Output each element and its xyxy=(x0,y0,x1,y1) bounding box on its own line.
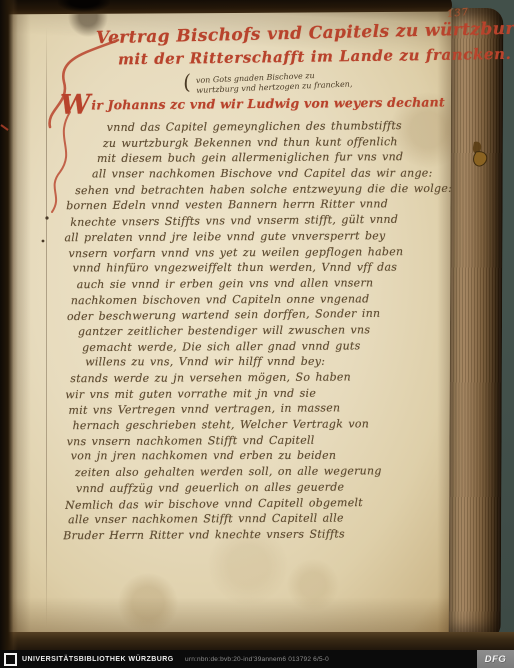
body-line: vnnd hinfüro vngezweiffelt thun werden, … xyxy=(73,260,462,277)
clasp-remnant xyxy=(468,138,492,174)
folio-number: 137 xyxy=(446,7,469,20)
body-text-block: vnnd das Capitel gemeynglichen des thumb… xyxy=(61,118,464,544)
urn-text: urn:nbn:de:bvb:20-ind'39annem6 013792 6/… xyxy=(185,656,329,663)
body-line: mit diesem buch gein allermeniglichen fu… xyxy=(97,149,461,167)
library-name: UNIVERSITÄTSBIBLIOTHEK WÜRZBURG xyxy=(22,656,174,663)
opening-line-text: ir Johanns zc vnd wir Ludwig von weyers … xyxy=(91,94,445,112)
body-line: sehen vnd betrachten haben solche entzwe… xyxy=(75,181,461,199)
viewer-watermark-bar: UNIVERSITÄTSBIBLIOTHEK WÜRZBURG urn:nbn:… xyxy=(0,650,514,668)
decorated-initial-w: W xyxy=(60,89,92,120)
body-line: all vnser nachkomen Bischove vnd Capitel… xyxy=(92,165,461,182)
manuscript-scan-view: 137 Vertrag Bischofs vnd Capitels zu wür… xyxy=(0,0,514,668)
dfg-logo: DFG xyxy=(477,650,514,668)
body-line: Bruder Herrn Ritter vnd knechte vnsers S… xyxy=(63,526,463,544)
body-line: willens zu vns, Vnnd wir hilff vnnd bey: xyxy=(85,354,462,371)
cover-stain xyxy=(58,0,110,12)
body-line: Nemlich das wir bischove vnnd Capitell o… xyxy=(65,494,463,514)
page-crease xyxy=(46,27,47,627)
binding-gutter xyxy=(0,0,18,652)
library-logo-icon xyxy=(4,653,17,666)
book-cover-bottom-edge xyxy=(0,632,514,652)
body-line: von jn jren nachkomen vnd erben zu beide… xyxy=(71,448,463,464)
dfg-logo-text: DFG xyxy=(485,654,507,665)
